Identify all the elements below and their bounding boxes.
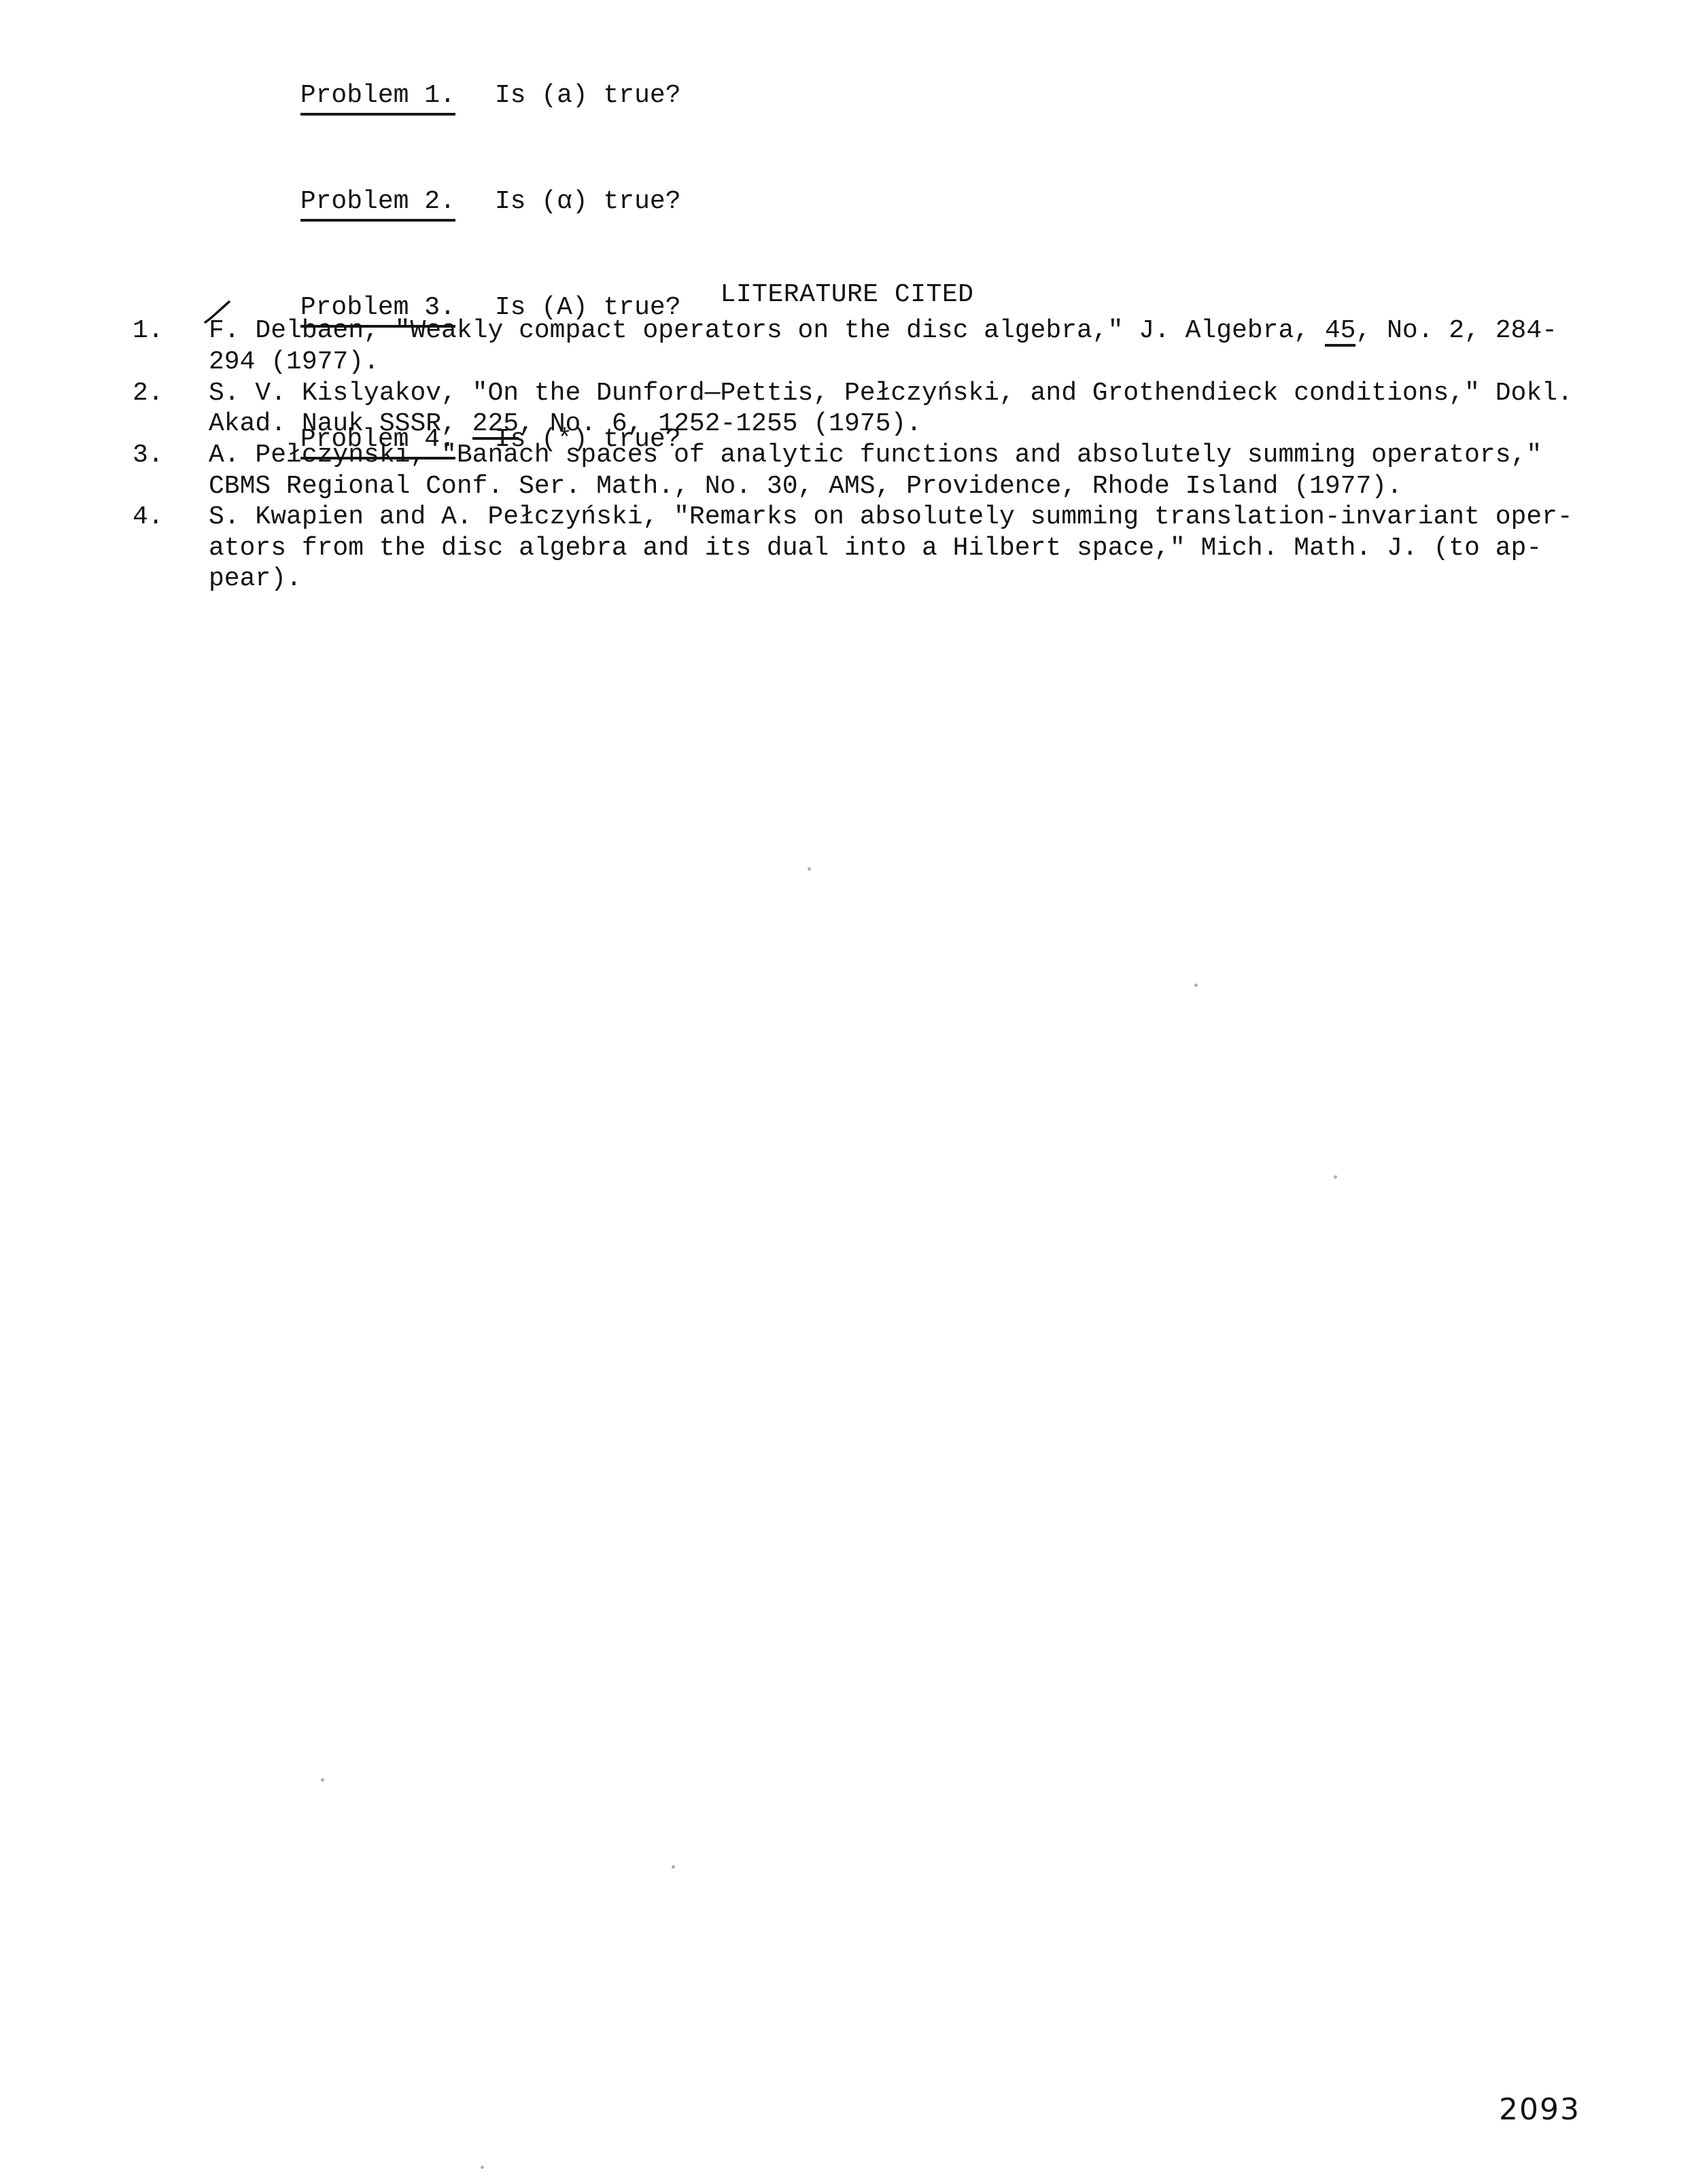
- problem-2-question: Is (α) true?: [495, 187, 681, 216]
- reference-item-1: 1. F. Delbaen, "Weakly compact operators…: [133, 315, 1601, 378]
- reference-item-4: 4. S. Kwapien and A. Pełczyński, "Remark…: [133, 502, 1601, 595]
- scan-speck: [1194, 984, 1198, 987]
- reference-1-text: F. Delbaen, "Weakly compact operators on…: [209, 315, 1601, 378]
- reference-text-segment: , No. 6, 1252-1255 (1975).: [519, 409, 922, 438]
- scan-speck: [1334, 1175, 1337, 1179]
- problem-row-1: Problem 1.Is (a) true?: [207, 57, 681, 141]
- reference-text-line: Akad. Nauk SSSR, 225, No. 6, 1252-1255 (…: [209, 409, 1601, 440]
- reference-3-number: 3.: [133, 440, 209, 471]
- reference-text-line: S. Kwapien and A. Pełczyński, "Remarks o…: [209, 502, 1601, 533]
- reference-text-line: CBMS Regional Conf. Ser. Math., No. 30, …: [209, 471, 1601, 502]
- problem-1-label: Problem 1.: [300, 83, 455, 116]
- reference-4-number: 4.: [133, 502, 209, 533]
- reference-text-line: 294 (1977).: [209, 347, 1601, 378]
- scan-speck: [481, 2166, 484, 2169]
- reference-text-line: F. Delbaen, "Weakly compact operators on…: [209, 315, 1601, 347]
- problem-2-label: Problem 2.: [300, 189, 455, 222]
- reference-item-2: 2. S. V. Kislyakov, "On the Dunford—Pett…: [133, 378, 1601, 440]
- volume-number-underlined: 45: [1325, 318, 1356, 347]
- problem-row-2: Problem 2.Is (α) true?: [207, 163, 681, 247]
- document-page: Problem 1.Is (a) true? Problem 2.Is (α) …: [0, 0, 1694, 2184]
- reference-item-3: 3. A. Pełczyński, "Banach spaces of anal…: [133, 440, 1601, 502]
- literature-cited-heading: LITERATURE CITED: [0, 280, 1694, 309]
- reference-text-segment: Akad. Nauk SSSR,: [209, 409, 472, 438]
- scan-speck: [672, 1865, 675, 1869]
- reference-1-number: 1.: [133, 315, 209, 347]
- reference-text-line: S. V. Kislyakov, "On the Dunford—Pettis,…: [209, 378, 1601, 409]
- problem-1-question: Is (a) true?: [495, 81, 681, 110]
- scan-speck: [808, 867, 811, 871]
- page-number: 2093: [1499, 2092, 1580, 2127]
- reference-text-segment: , No. 2, 284-: [1355, 316, 1557, 345]
- reference-4-text: S. Kwapien and A. Pełczyński, "Remarks o…: [209, 502, 1601, 595]
- references-list: 1. F. Delbaen, "Weakly compact operators…: [133, 315, 1601, 595]
- reference-text-line: A. Pełczyński, "Banach spaces of analyti…: [209, 440, 1601, 471]
- reference-text-segment: F. Delbaen, "Weakly compact operators on…: [209, 316, 1325, 345]
- reference-2-text: S. V. Kislyakov, "On the Dunford—Pettis,…: [209, 378, 1601, 440]
- volume-number-underlined: 225: [472, 411, 519, 440]
- reference-text-line: pear).: [209, 564, 1601, 595]
- reference-text-line: ators from the disc algebra and its dual…: [209, 533, 1601, 564]
- reference-3-text: A. Pełczyński, "Banach spaces of analyti…: [209, 440, 1601, 502]
- scan-speck: [321, 1778, 324, 1782]
- reference-2-number: 2.: [133, 378, 209, 409]
